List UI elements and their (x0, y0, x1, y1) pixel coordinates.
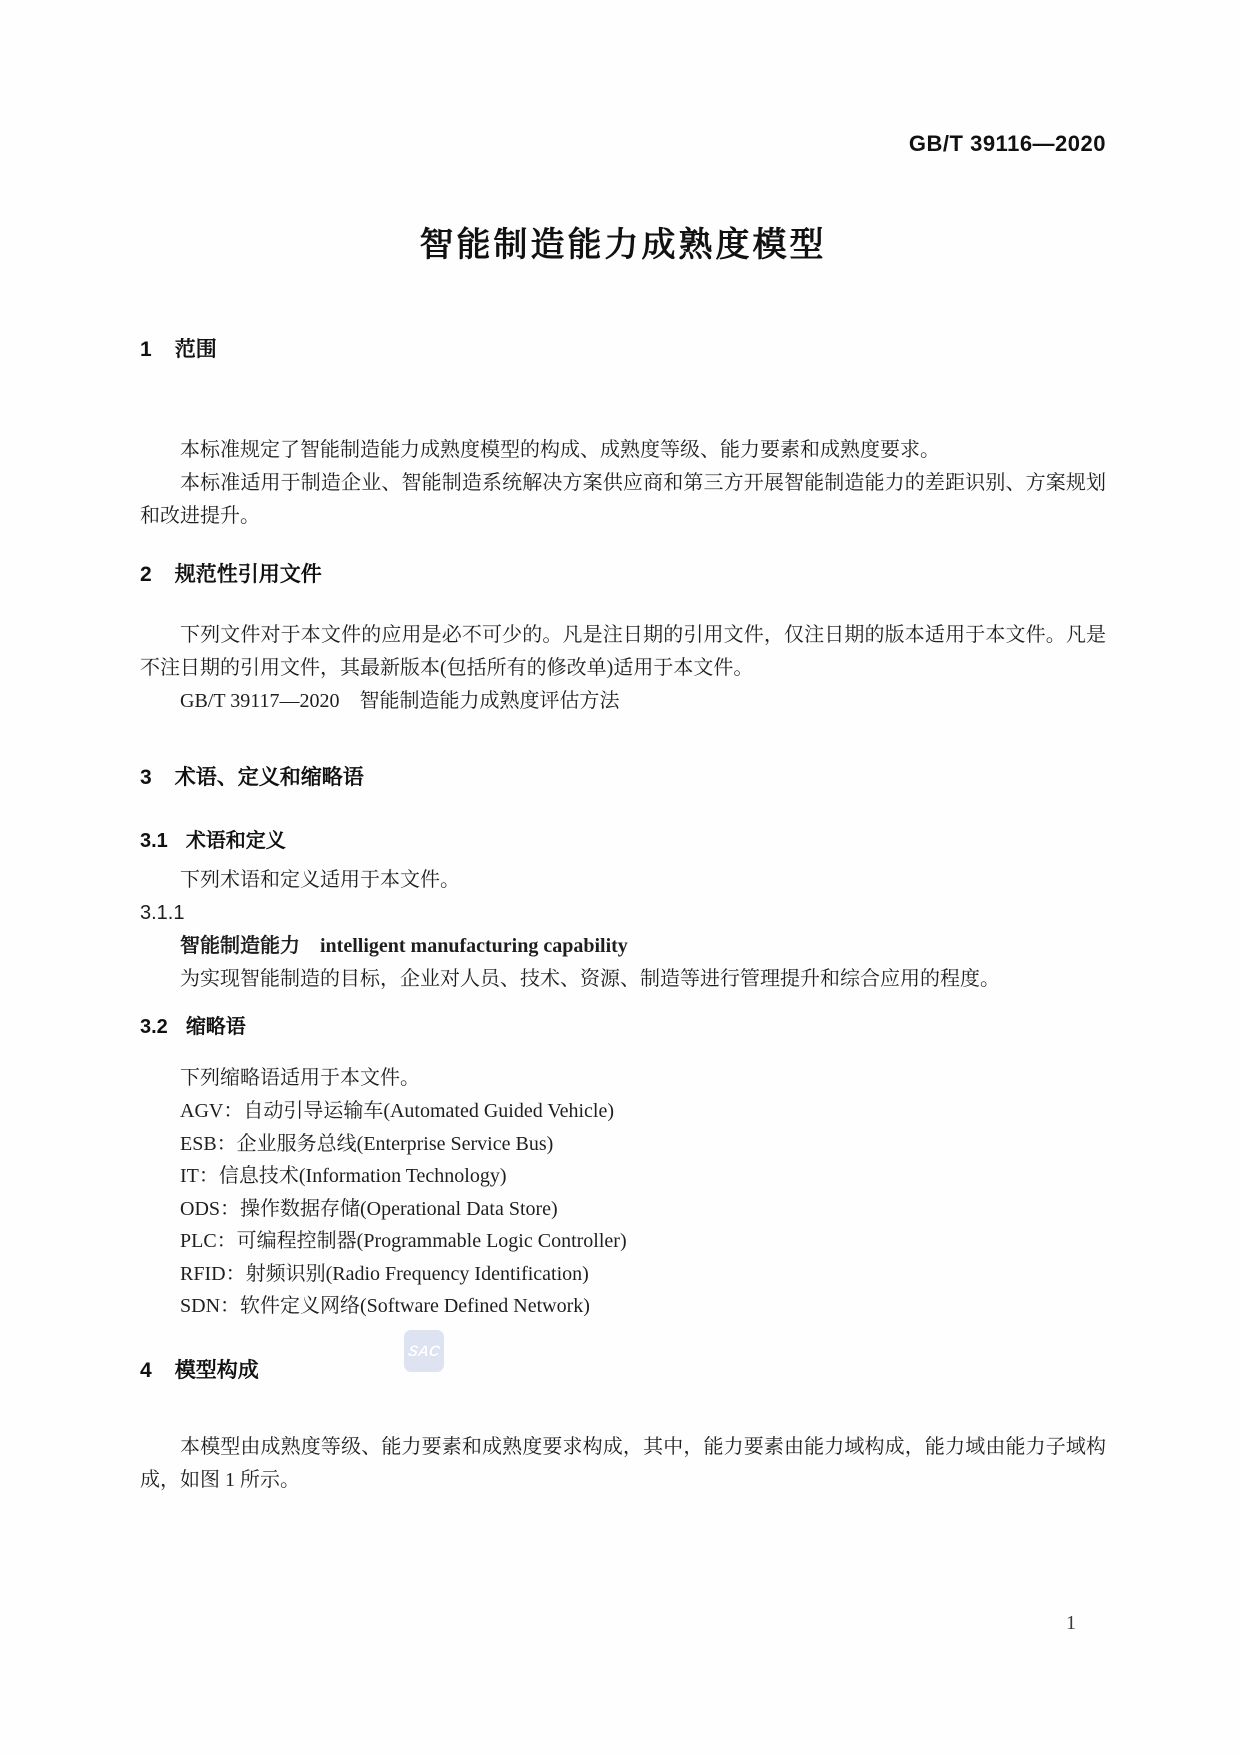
section-3-heading: 3术语、定义和缩略语 (140, 764, 1106, 792)
section-3-2-number: 3.2 (140, 1016, 168, 1038)
section-1-number: 1 (140, 338, 152, 361)
abbr-intro: 下列缩略语适用于本文件。 (140, 1062, 1106, 1095)
terms-intro: 下列术语和定义适用于本文件。 (140, 864, 1106, 897)
abbr-list: AGV：自动引导运输车(Automated Guided Vehicle) ES… (140, 1095, 1106, 1323)
section-2-number: 2 (140, 563, 152, 586)
term-english: intelligent manufacturing capability (320, 935, 628, 957)
abbr-item-agv: AGV：自动引导运输车(Automated Guided Vehicle) (140, 1095, 1106, 1128)
section-4-heading: 4模型构成 (140, 1357, 1106, 1385)
term-item-number: 3.1.1 (140, 897, 1106, 930)
section-3-1-title: 术语和定义 (186, 830, 286, 852)
sac-watermark-text: SAC (407, 1343, 441, 1360)
abbr-item-it: IT：信息技术(Information Technology) (140, 1160, 1106, 1193)
section-3-number: 3 (140, 766, 152, 789)
abbr-item-rfid: RFID：射频识别(Radio Frequency Identification… (140, 1258, 1106, 1291)
section-3-2-heading: 3.2缩略语 (140, 1014, 1106, 1040)
section-3-2-title: 缩略语 (186, 1016, 246, 1038)
section-1-heading: 1范围 (140, 336, 1106, 364)
term-definition: 为实现智能制造的目标，企业对人员、技术、资源、制造等进行管理提升和综合应用的程度… (140, 963, 1106, 996)
document-page: GB/T 39116—2020 智能制造能力成熟度模型 1范围 本标准规定了智能… (0, 0, 1241, 1754)
term-chinese: 智能制造能力 (180, 935, 300, 957)
section-2-title: 规范性引用文件 (175, 563, 322, 586)
doc-title: 智能制造能力成熟度模型 (140, 217, 1106, 266)
section-1-title: 范围 (175, 338, 217, 361)
section-3-1-heading: 3.1术语和定义 (140, 828, 1106, 854)
section-1-paragraph-1: 本标准规定了智能制造能力成熟度模型的构成、成熟度等级、能力要素和成熟度要求。 (140, 434, 1106, 467)
abbr-item-ods: ODS：操作数据存储(Operational Data Store) (140, 1193, 1106, 1226)
abbr-item-plc: PLC：可编程控制器(Programmable Logic Controller… (140, 1225, 1106, 1258)
abbr-item-esb: ESB：企业服务总线(Enterprise Service Bus) (140, 1128, 1106, 1161)
section-3-title: 术语、定义和缩略语 (175, 766, 364, 789)
sac-watermark-logo: SAC (404, 1330, 444, 1372)
section-4-number: 4 (140, 1359, 152, 1382)
page-number: 1 (1066, 1612, 1076, 1635)
section-1-paragraph-2: 本标准适用于制造企业、智能制造系统解决方案供应商和第三方开展智能制造能力的差距识… (140, 467, 1106, 533)
abbr-item-sdn: SDN：软件定义网络(Software Defined Network) (140, 1290, 1106, 1323)
page-content: GB/T 39116—2020 智能制造能力成熟度模型 1范围 本标准规定了智能… (140, 0, 1106, 1497)
term-line: 智能制造能力intelligent manufacturing capabili… (140, 930, 1106, 963)
section-3-1-number: 3.1 (140, 830, 168, 852)
section-2-paragraph-1: 下列文件对于本文件的应用是必不可少的。凡是注日期的引用文件，仅注日期的版本适用于… (140, 619, 1106, 685)
doc-code: GB/T 39116—2020 (140, 0, 1106, 157)
section-2-heading: 2规范性引用文件 (140, 561, 1106, 589)
normative-reference: GB/T 39117—2020 智能制造能力成熟度评估方法 (140, 685, 1106, 718)
section-4-paragraph-1: 本模型由成熟度等级、能力要素和成熟度要求构成，其中，能力要素由能力域构成，能力域… (140, 1431, 1106, 1497)
section-4-title: 模型构成 (175, 1359, 259, 1382)
